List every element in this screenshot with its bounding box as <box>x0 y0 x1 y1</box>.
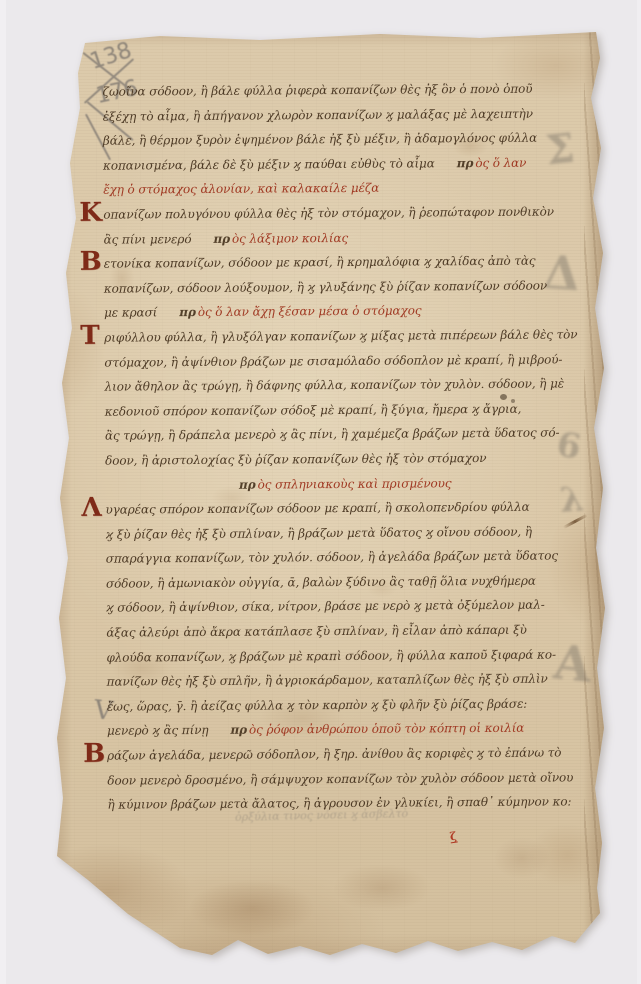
ink-text: στόμαχον, ἢ ἀψίνθιον βράζων με σισαμόλαδ… <box>104 352 562 369</box>
frayed-right-edge <box>584 28 612 968</box>
ink-text: ϗ ξὺ ῥίζαν θὲς ἠξ ξὺ σπλίναν, ἢ βράζων μ… <box>106 524 532 541</box>
text-block-5: Βράζων ἀγελάδα, μενερῶ σόδοπλον, ἢ ξηρ. … <box>107 740 586 817</box>
red-squiggle-mark: ζ <box>449 831 457 844</box>
manuscript-line: υγαρέας σπόρον κοπανίζων σόδοον με κραπί… <box>105 494 583 522</box>
manuscript-line: οπανίζων πολυγόνου φύλλα θὲς ἠξ τὸν στόμ… <box>103 199 581 227</box>
manuscript-line: ετονίκα κοπανίζων, σόδοον με κρασί, ἢ κρ… <box>104 248 582 276</box>
ink-text: πανίζων θὲς ἠξ ξὺ σπλῆν, ἢ ἀγριοκάρδαμον… <box>107 672 548 689</box>
ink-text: σόδοον, ἢ ἀμωνιακὸν οὐγγία, ᾱ, βαλὼν ξύδ… <box>106 574 536 591</box>
manuscript-line: με κρασίπρὸς ὅ λαν ἄχῃ ξέσαν μέσα ὁ στόμ… <box>104 298 582 326</box>
paper-sheet: 138 176 V ΣΔ6λΑ ζωοῖνα σόδοον, ἢ βάλε φύ… <box>52 28 612 968</box>
manuscript-line: πρὸς σπληνιακοὺς καὶ πρισμένους <box>105 470 583 498</box>
manuscript-text-block: ζωοῖνα σόδοον, ἢ βάλε φύλλα ῥιφερὰ κοπαν… <box>102 76 585 817</box>
manuscript-line: ἔχῃ ὁ στόμαχος ἀλονίαν, καὶ καλακαίλε μέ… <box>103 175 581 203</box>
ink-text: ἂς πίνι μενερό <box>103 232 191 247</box>
manuscript-line: φλούδα κοπανίζων, ϗ βράζων μὲ κραπὶ σόδο… <box>106 642 584 670</box>
ink-text: ἂς τρώγῃ, ἢ δράπελα μενερὸ ϗ ἂς πίνι, ἢ … <box>105 426 560 443</box>
rubricated-initial: Κ <box>79 200 102 226</box>
ink-text: ἐξέχῃ τὸ αἷμα, ἢ ἀπήγανον χλωρὸν κοπανίζ… <box>103 106 533 123</box>
ink-text: δοον μενερὸ δροσμένο, ἢ σάμψυχον κοπανίζ… <box>107 770 573 787</box>
manuscript-line: μενερὸ ϗ ἂς πίνῃπρὸς ῥόφον ἀνθρώπου ὁποῦ… <box>107 716 585 744</box>
manuscript-line: κοπανίζων, σόδοον λούξουμον, ἢ ϗ γλυξάνη… <box>104 273 582 301</box>
pros-abbreviation: πρ <box>455 156 476 170</box>
ink-text: ετονίκα κοπανίζων, σόδοον με κρασί, ἢ κρ… <box>104 254 536 271</box>
pros-abbreviation: πρ <box>228 723 249 737</box>
pros-abbreviation: πρ <box>211 231 232 245</box>
text-block-0: ζωοῖνα σόδοον, ἢ βάλε φύλλα ῥιφερὰ κοπαν… <box>102 76 581 202</box>
ink-text: ἕως, ὥρας, γ̄. ἢ ἀείζας φύλλα ϗ τὸν καρπ… <box>107 697 528 714</box>
ink-text: λιον ἄθηλον ἂς τρώγῃ, ἢ δάφνης φύλλα, κο… <box>105 377 565 394</box>
ink-text: ράζων ἀγελάδα, μενερῶ σόδοπλον, ἢ ξηρ. ἀ… <box>107 746 561 763</box>
pros-abbreviation: πρ <box>177 305 198 319</box>
manuscript-line: ριφύλλου φύλλα, ἢ γλυξόλγαν κοπανίζων ϗ … <box>104 322 582 350</box>
rubric-text: ὸς σπληνιακοὺς καὶ πρισμένους <box>258 476 452 491</box>
manuscript-line: ϗ σόδοον, ἢ ἀψίνθιον, σίκα, νίτρον, βράσ… <box>106 593 584 621</box>
text-block-3: Τριφύλλου φύλλα, ἢ γλυξόλγαν κοπανίζων ϗ… <box>104 322 583 497</box>
rubric-text: ὸς ὅ λαν <box>475 156 526 170</box>
ink-text: κοπανισμένα, βάλε δὲ ξὺ μέξιν ϗ παύθαι ε… <box>103 156 435 172</box>
manuscript-page: 138 176 V ΣΔ6λΑ ζωοῖνα σόδοον, ἢ βάλε φύ… <box>52 28 612 968</box>
manuscript-line: δοον μενερὸ δροσμένο, ἢ σάμψυχον κοπανίζ… <box>107 765 585 793</box>
manuscript-line: ἂς πίνι μενερόπρὸς λάξιμον κοιλίας <box>103 224 581 252</box>
ink-text: κεδονιοῦ σπόρον κοπανίζων σόδοξ μὲ κραπί… <box>105 401 522 418</box>
ink-text: κοπανίζων, σόδοον λούξουμον, ἢ ϗ γλυξάνη… <box>104 278 547 295</box>
manuscript-line: σόδοον, ἢ ἀμωνιακὸν οὐγγία, ᾱ, βαλὼν ξύδ… <box>106 568 584 596</box>
rubricated-initial: Λ <box>81 495 101 521</box>
manuscript-line: πανίζων θὲς ἠξ ξὺ σπλῆν, ἢ ἀγριοκάρδαμον… <box>107 667 585 695</box>
manuscript-line: σπαράγγια κοπανίζων, τὸν χυλόν. σόδοον, … <box>106 544 584 572</box>
text-block-1: Κοπανίζων πολυγόνου φύλλα θὲς ἠξ τὸν στό… <box>103 199 581 252</box>
ink-text: ζωοῖνα σόδοον, ἢ βάλε φύλλα ῥιφερὰ κοπαν… <box>102 82 532 99</box>
manuscript-line: ἐξέχῃ τὸ αἷμα, ἢ ἀπήγανον χλωρὸν κοπανίζ… <box>103 101 581 129</box>
ink-text: δοον, ἢ ἀριστολοχίας ξὺ ῥίζαν κοπανίζων … <box>105 451 486 468</box>
manuscript-line: ἂς τρώγῃ, ἢ δράπελα μενερὸ ϗ ἂς πίνι, ἢ … <box>105 421 583 449</box>
ink-text: με κρασί <box>104 306 157 320</box>
manuscript-line: κεδονιοῦ σπόρον κοπανίζων σόδοξ μὲ κραπί… <box>105 396 583 424</box>
manuscript-line: βάλε, ἢ θέρμον ξυρὸν ἑψημένον βάλε ἠξ ξὺ… <box>103 126 581 154</box>
ink-text: υγαρέας σπόρον κοπανίζων σόδοον με κραπί… <box>105 500 529 517</box>
foliation-number-old: 138 <box>87 38 135 75</box>
rubricated-initial: Τ <box>80 323 99 349</box>
ink-text: φλούδα κοπανίζων, ϗ βράζων μὲ κραπὶ σόδο… <box>106 647 556 664</box>
manuscript-line: λιον ἄθηλον ἂς τρώγῃ, ἢ δάφνης φύλλα, κο… <box>104 371 582 399</box>
text-block-2: Βετονίκα κοπανίζων, σόδοον με κρασί, ἢ κ… <box>104 248 583 325</box>
manuscript-line: ϗ ξὺ ῥίζαν θὲς ἠξ ξὺ σπλίναν, ἢ βράζων μ… <box>106 519 584 547</box>
pros-abbreviation: πρ <box>237 477 258 491</box>
manuscript-line: στόμαχον, ἢ ἀψίνθιον βράζων με σισαμόλαδ… <box>104 347 582 375</box>
manuscript-line: άξας ἀλεύρι ἀπὸ ἄκρα κατάπλασε ξὺ σπλίνα… <box>106 617 584 645</box>
ink-text: βάλε, ἢ θέρμον ξυρὸν ἑψημένον βάλε ἠξ ξὺ… <box>103 131 537 148</box>
ink-text: μενερὸ ϗ ἂς πίνῃ <box>107 723 209 738</box>
ink-text: σπαράγγια κοπανίζων, τὸν χυλόν. σόδοον, … <box>106 549 558 566</box>
manuscript-line: ἕως, ὥρας, γ̄. ἢ ἀείζας φύλλα ϗ τὸν καρπ… <box>107 691 585 719</box>
manuscript-line: δοον, ἢ ἀριστολοχίας ξὺ ῥίζαν κοπανίζων … <box>105 445 583 473</box>
ink-text: άξας ἀλεύρι ἀπὸ ἄκρα κατάπλασε ξὺ σπλίνα… <box>106 623 527 640</box>
manuscript-line: κοπανισμένα, βάλε δὲ ξὺ μέξιν ϗ παύθαι ε… <box>103 150 581 178</box>
manuscript-line: ζωοῖνα σόδοον, ἢ βάλε φύλλα ῥιφερὰ κοπαν… <box>102 76 580 104</box>
manuscript-line: ράζων ἀγελάδα, μενερῶ σόδοπλον, ἢ ξηρ. ἀ… <box>107 740 585 768</box>
text-block-4: Λυγαρέας σπόρον κοπανίζων σόδοον με κραπ… <box>105 494 585 743</box>
ink-text: ριφύλλου φύλλα, ἢ γλυξόλγαν κοπανίζων ϗ … <box>104 327 577 344</box>
rubricated-initial: Β <box>83 741 105 767</box>
rubric-text: ἔχῃ ὁ στόμαχος ἀλονίαν, καὶ καλακαίλε μέ… <box>103 181 379 197</box>
rubric-text: ὸς ὅ λαν ἄχῃ ξέσαν μέσα ὁ στόμαχος <box>198 304 422 320</box>
rubric-text: ὸς ῥόφον ἀνθρώπου ὁποῦ τὸν κόπτη οἱ κοιλ… <box>249 721 524 737</box>
ink-text: ϗ σόδοον, ἢ ἀψίνθιον, σίκα, νίτρον, βράσ… <box>106 598 545 615</box>
rubric-text: ὸς λάξιμον κοιλίας <box>232 231 348 246</box>
rubricated-initial: Β <box>80 249 102 275</box>
ink-text: οπανίζων πολυγόνου φύλλα θὲς ἠξ τὸν στόμ… <box>103 204 554 221</box>
